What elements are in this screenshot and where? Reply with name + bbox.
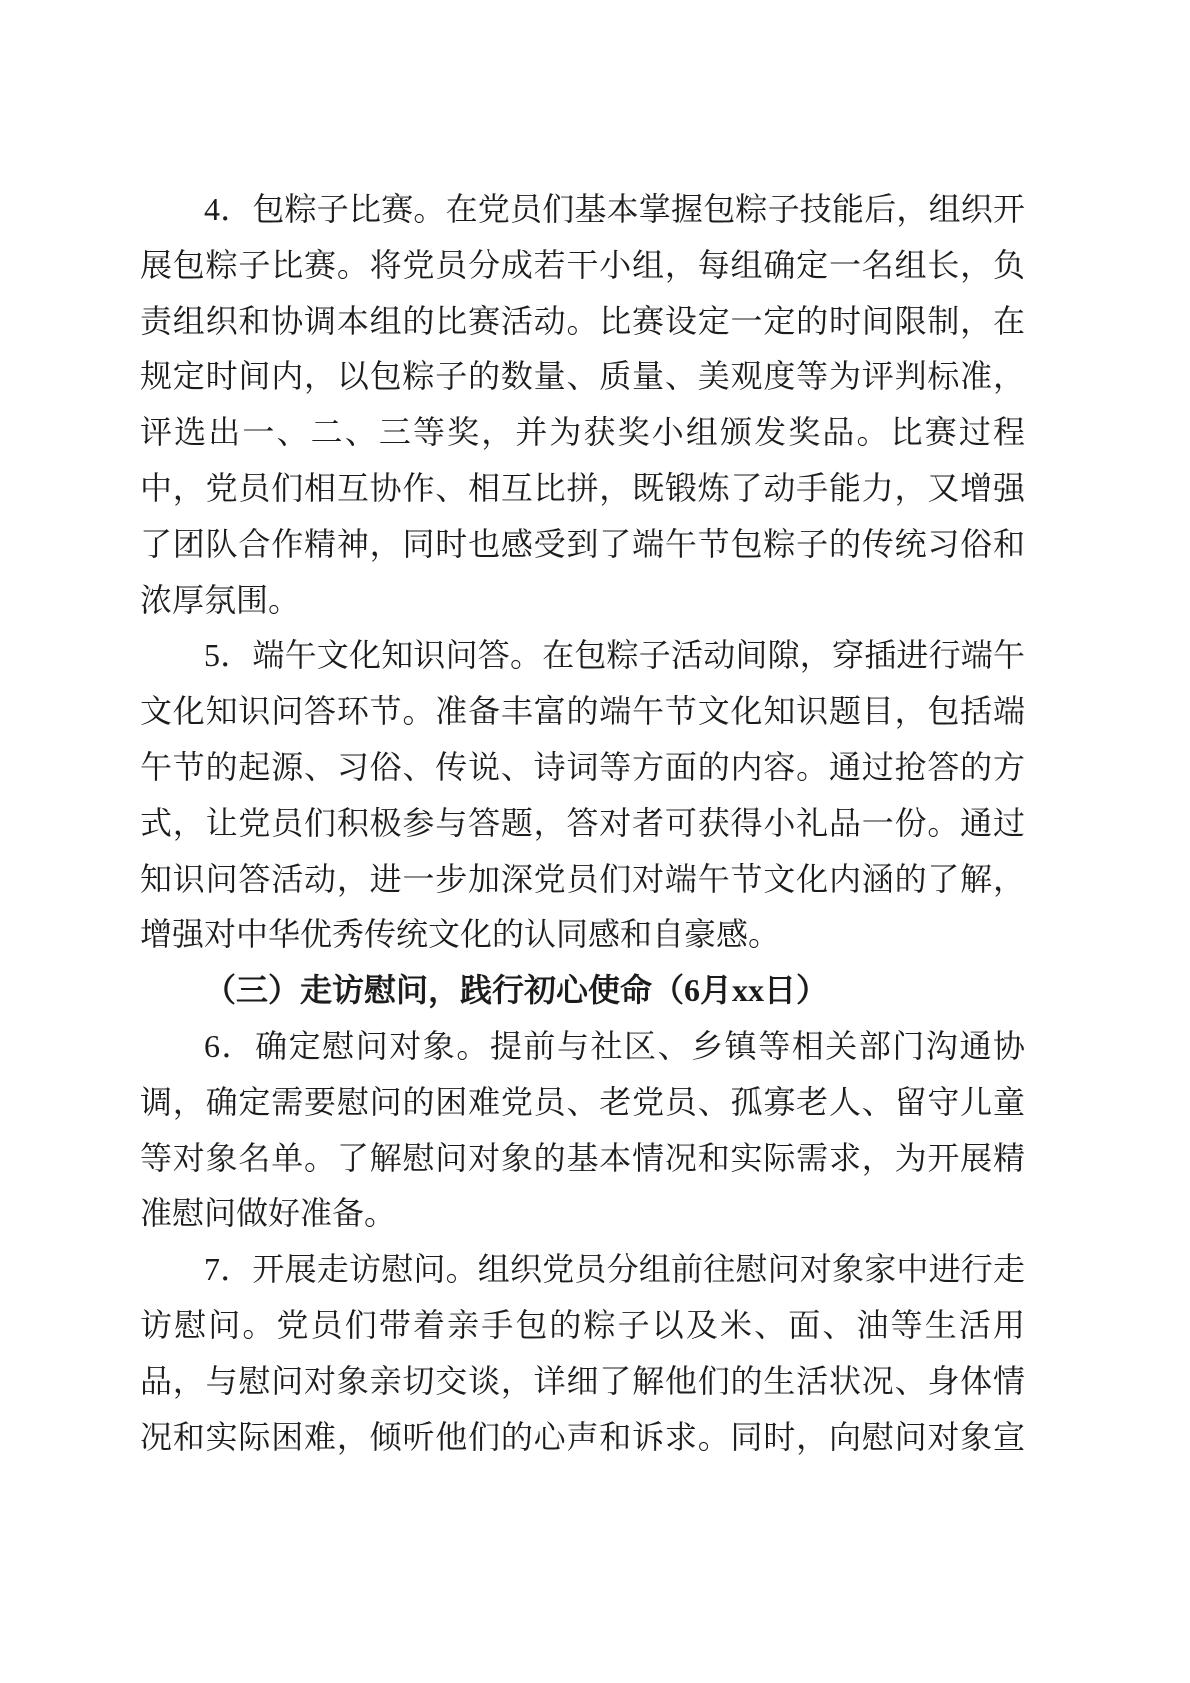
text-line: 知识问答活动，进一步加深党员们对端午节文化内涵的了解， [140,852,1025,908]
text-line: 5．端午文化知识问答。在包粽子活动间隙，穿插进行端午 [140,628,1025,684]
document-page: 4．包粽子比赛。在党员们基本掌握包粽子技能后，组织开 展包粽子比赛。将党员分成若… [0,0,1190,1683]
text-line: 调，确定需要慰问的困难党员、老党员、孤寡老人、留守儿童 [140,1075,1025,1131]
paragraph-item-7: 7．开展走访慰问。组织党员分组前往慰问对象家中进行走 访慰问。党员们带着亲手包的… [140,1242,1025,1465]
text-line: 7．开展走访慰问。组织党员分组前往慰问对象家中进行走 [140,1242,1025,1298]
text-line: 况和实际困难，倾听他们的心声和诉求。同时，向慰问对象宣 [140,1410,1025,1466]
text-line: 浓厚氛围。 [140,573,1025,629]
text-line: 品，与慰问对象亲切交谈，详细了解他们的生活状况、身体情 [140,1354,1025,1410]
text-line: 午节的起源、习俗、传说、诗词等方面的内容。通过抢答的方 [140,740,1025,796]
text-line: 了团队合作精神，同时也感受到了端午节包粽子的传统习俗和 [140,517,1025,573]
text-line: 式，让党员们积极参与答题，答对者可获得小礼品一份。通过 [140,796,1025,852]
section-heading-3: （三）走访慰问，践行初心使命（6月xx日） [140,963,1025,1019]
text-line: 访慰问。党员们带着亲手包的粽子以及米、面、油等生活用 [140,1298,1025,1354]
paragraph-item-6: 6．确定慰问对象。提前与社区、乡镇等相关部门沟通协 调，确定需要慰问的困难党员、… [140,1019,1025,1242]
text-line: 增强对中华优秀传统文化的认同感和自豪感。 [140,907,1025,963]
text-line: 规定时间内，以包粽子的数量、质量、美观度等为评判标准， [140,349,1025,405]
text-line: 等对象名单。了解慰问对象的基本情况和实际需求，为开展精 [140,1131,1025,1187]
text-line: 准慰问做好准备。 [140,1186,1025,1242]
paragraph-item-5: 5．端午文化知识问答。在包粽子活动间隙，穿插进行端午 文化知识问答环节。准备丰富… [140,628,1025,963]
text-line: 中，党员们相互协作、相互比拼，既锻炼了动手能力，又增强 [140,461,1025,517]
text-line: 6．确定慰问对象。提前与社区、乡镇等相关部门沟通协 [140,1019,1025,1075]
section-heading: （三）走访慰问，践行初心使命（6月xx日） [140,963,1025,1019]
text-line: 展包粽子比赛。将党员分成若干小组，每组确定一名组长，负 [140,238,1025,294]
text-line: 文化知识问答环节。准备丰富的端午节文化知识题目，包括端 [140,684,1025,740]
text-line: 责组织和协调本组的比赛活动。比赛设定一定的时间限制，在 [140,294,1025,350]
text-line: 4．包粽子比赛。在党员们基本掌握包粽子技能后，组织开 [140,182,1025,238]
text-line: 评选出一、二、三等奖，并为获奖小组颁发奖品。比赛过程 [140,405,1025,461]
document-body: 4．包粽子比赛。在党员们基本掌握包粽子技能后，组织开 展包粽子比赛。将党员分成若… [140,182,1025,1465]
paragraph-item-4: 4．包粽子比赛。在党员们基本掌握包粽子技能后，组织开 展包粽子比赛。将党员分成若… [140,182,1025,628]
